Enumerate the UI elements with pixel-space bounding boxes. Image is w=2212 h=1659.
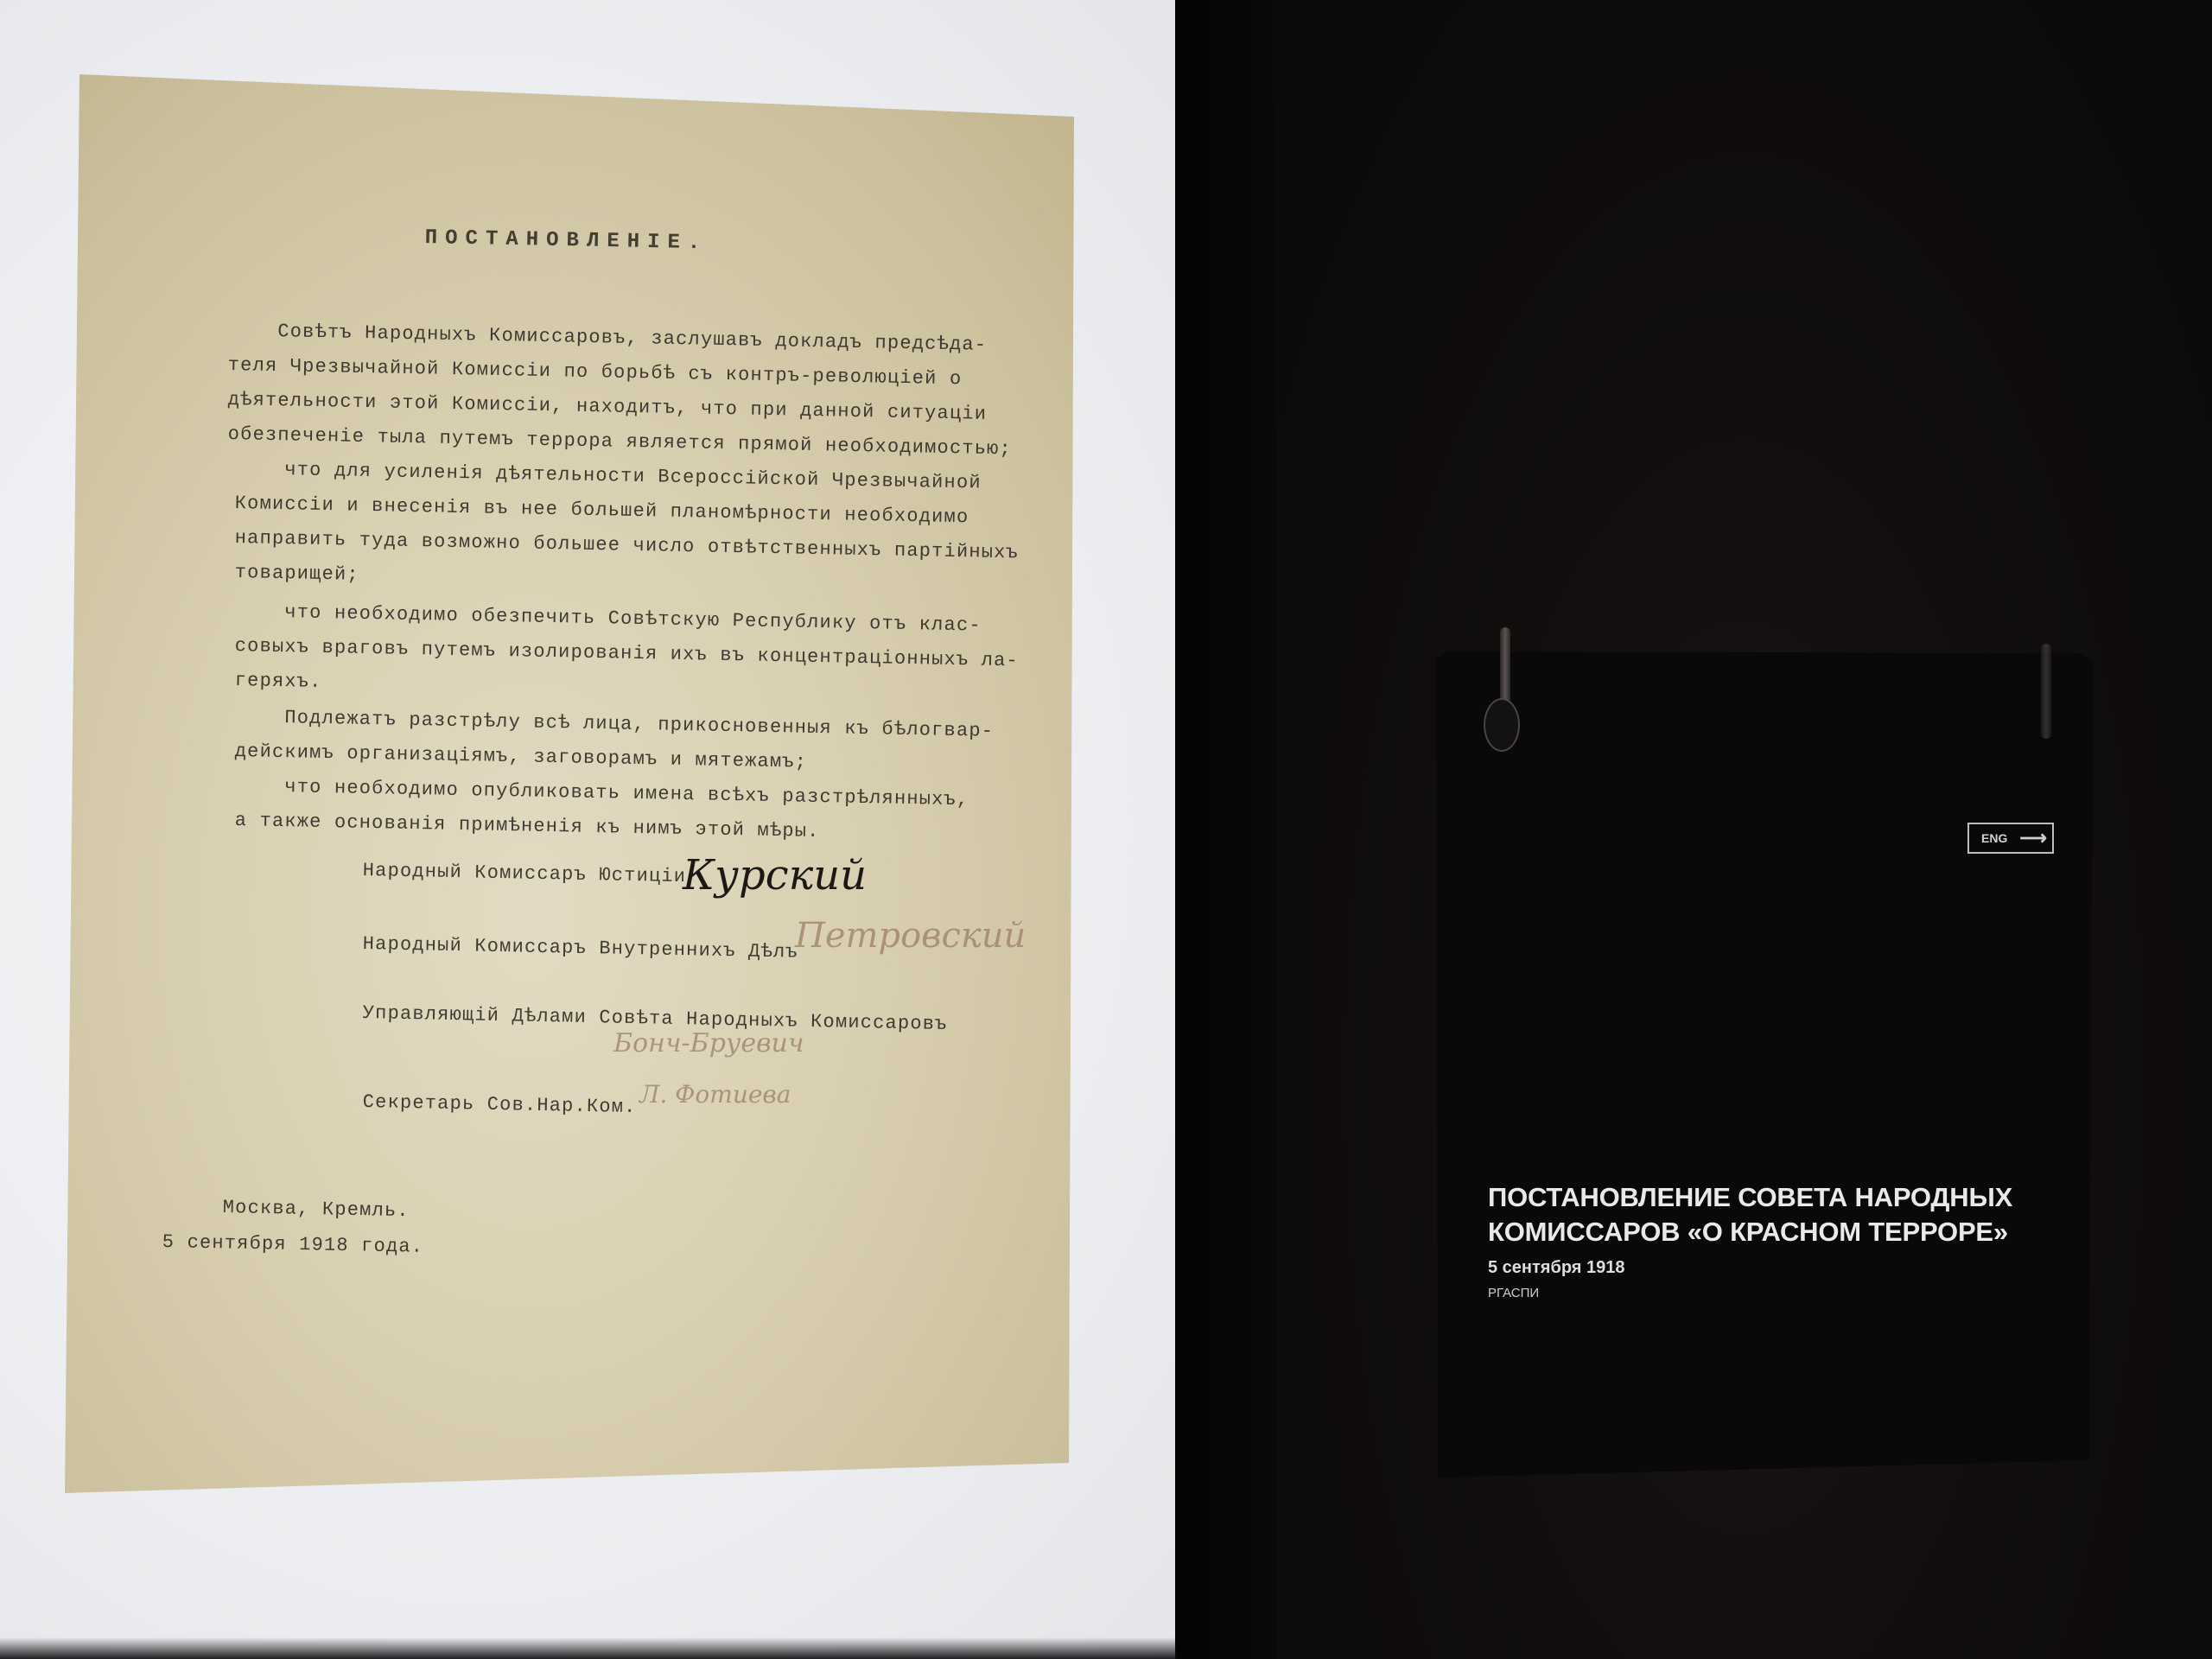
placard-source: РГАСПИ [1488, 1286, 1539, 1300]
english-language-button[interactable]: ENG ⟶ [1967, 823, 2054, 854]
document-line: геряхъ. [235, 670, 322, 693]
mounting-hole-left [1484, 698, 1520, 752]
arrow-right-icon: ⟶ [2019, 829, 2045, 848]
placard-title-line-1: ПОСТАНОВЛЕНИЕ СОВЕТА НАРОДНЫХ [1488, 1180, 2075, 1215]
placard-title-line-2: КОМИССАРОВ «О КРАСНОМ ТЕРРОРЕ» [1488, 1215, 2075, 1249]
lightbox-side-shadow [1175, 0, 1279, 1659]
floor-shadow [0, 1637, 1177, 1659]
caption-placard [1436, 652, 2093, 1478]
eng-label: ENG [1981, 831, 2007, 845]
handwritten-signature: Л. Фотиева [639, 1080, 791, 1109]
handwritten-signature: Бонч-Бруевич [613, 1028, 804, 1058]
document-line: товарищей; [235, 562, 359, 586]
handwritten-signature: Курский [683, 851, 867, 899]
document-place: Москва, Кремль. [223, 1197, 410, 1222]
handwritten-signature: Петровский [795, 916, 1026, 956]
mounting-pin-right [2041, 644, 2051, 739]
placard-title: ПОСТАНОВЛЕНИЕ СОВЕТА НАРОДНЫХ КОМИССАРОВ… [1488, 1180, 2075, 1249]
placard-date: 5 сентября 1918 [1488, 1258, 1625, 1278]
